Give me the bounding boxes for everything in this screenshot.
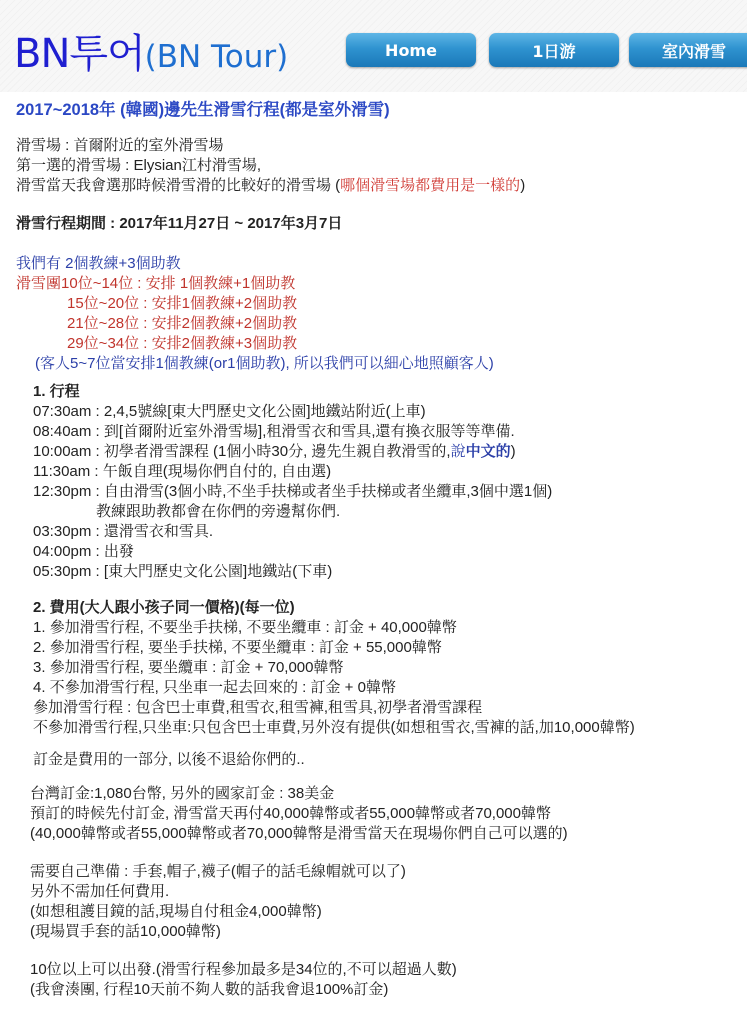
fee-item: 2. 參加滑雪行程, 要坐手扶梯, 不要坐纜車 : 訂金 + 55,000韓幣 bbox=[33, 638, 442, 658]
prepare-line: 另外不需加任何費用. bbox=[30, 882, 169, 902]
nav-day-tour-button[interactable]: 1日游 bbox=[489, 33, 619, 67]
staff-arrangement-1: 滑雪團10位~14位 : 安排 1個教練+1個助教 bbox=[16, 274, 295, 294]
intro-line-3: 滑雪當天我會選那時候滑雪滑的比較好的滑雪場 (哪個滑雪場都費用是一樣的) bbox=[16, 176, 525, 196]
staff-arrangement-4: 29位~34位 : 安排2個教練+3個助教 bbox=[67, 334, 297, 354]
staff-arrangement-2: 15位~20位 : 安排1個教練+2個助教 bbox=[67, 294, 297, 314]
schedule-item-note: 教練跟助教都會在你們的旁邊幫你們. bbox=[96, 502, 340, 522]
fees-heading: 2. 費用(大人跟小孩子同一價格)(每一位) bbox=[33, 598, 295, 618]
fee-item: 3. 參加滑雪行程, 要坐纜車 : 訂金 + 70,000韓幣 bbox=[33, 658, 344, 678]
staff-arrangement-3: 21位~28位 : 安排2個教練+2個助教 bbox=[67, 314, 297, 334]
fee-inclusion: 參加滑雪行程 : 包含巴士車費,租雪衣,租雪褲,租雪具,初學者滑雪課程 bbox=[33, 698, 482, 718]
site-header: BN투어(BN Tour) Home 1日游 室內滑雪 bbox=[0, 0, 747, 92]
schedule-close: ) bbox=[511, 443, 516, 460]
schedule-item: 12:30pm : 自由滑雪(3個小時,不坐手扶梯或者坐手扶梯或者坐纜車,3個中… bbox=[33, 482, 552, 502]
page-title: 2017~2018年 (韓國)邊先生滑雪行程(都是室外滑雪) bbox=[16, 100, 390, 120]
intro-line-2: 第一選的滑雪場 : Elysian江村滑雪場, bbox=[16, 156, 261, 176]
schedule-heading: 1. 行程 bbox=[33, 382, 80, 402]
schedule-item: 08:40am : 到[首爾附近室外滑雪場],租滑雪衣和雪具,還有換衣服等等準備… bbox=[33, 422, 515, 442]
arrangement-text: 10位~14位 : 安排 1個教練+1個助教 bbox=[61, 275, 295, 292]
minimum-line: 10位以上可以出發.(滑雪行程參加最多是34位的,不可以超過人數) bbox=[30, 960, 457, 980]
schedule-item: 05:30pm : [東大門歷史文化公園]地鐵站(下車) bbox=[33, 562, 332, 582]
fee-item: 4. 不參加滑雪行程, 只坐車一起去回來的 : 訂金 + 0韓幣 bbox=[33, 678, 396, 698]
schedule-item: 11:30am : 午飯自理(現場你們自付的, 自由選) bbox=[33, 462, 331, 482]
intro-close: ) bbox=[520, 177, 525, 194]
nav-home-button[interactable]: Home bbox=[346, 33, 476, 67]
logo-korean: BN투어 bbox=[14, 31, 145, 77]
staff-note: (客人5~7位當安排1個教練(or1個助教), 所以我們可以細心地照顧客人) bbox=[35, 354, 494, 374]
speak-label: 說 bbox=[451, 443, 466, 460]
ski-period: 滑雪行程期間 : 2017年11月27日 ~ 2017年3月7日 bbox=[16, 214, 342, 234]
schedule-item: 10:00am : 初學者滑雪課程 (1個小時30分, 邊先生親自教滑雪的,說中… bbox=[33, 442, 516, 462]
deposit-line: 台灣訂金:1,080台幣, 另外的國家訂金 : 38美金 bbox=[30, 784, 334, 804]
chinese-highlight: 中文的 bbox=[466, 443, 511, 460]
prepare-line: (現場買手套的話10,000韓幣) bbox=[30, 922, 221, 942]
staff-summary: 我們有 2個教練+3個助教 bbox=[16, 254, 181, 274]
schedule-text: 10:00am : 初學者滑雪課程 (1個小時30分, 邊先生親自教滑雪的, bbox=[33, 443, 451, 460]
same-price-note: 哪個滑雪場都費用是一樣的 bbox=[340, 177, 520, 194]
fee-inclusion: 不參加滑雪行程,只坐車:只包含巴士車費,另外沒有提供(如想租雪衣,雪褲的話,加1… bbox=[33, 718, 635, 738]
intro-line-1: 滑雪場 : 首爾附近的室外滑雪場 bbox=[16, 136, 224, 156]
schedule-item: 04:00pm : 出發 bbox=[33, 542, 134, 562]
schedule-item: 07:30am : 2,4,5號線[東大門歷史文化公園]地鐵站附近(上車) bbox=[33, 402, 426, 422]
logo-english: (BN Tour) bbox=[145, 39, 289, 75]
minimum-line: (我會湊團, 行程10天前不夠人數的話我會退100%訂金) bbox=[30, 980, 388, 1000]
fee-item: 1. 參加滑雪行程, 不要坐手扶梯, 不要坐纜車 : 訂金 + 40,000韓幣 bbox=[33, 618, 457, 638]
prepare-line: (如想租護目鏡的話,現場自付租金4,000韓幣) bbox=[30, 902, 322, 922]
site-logo[interactable]: BN투어(BN Tour) bbox=[14, 22, 288, 79]
deposit-note: 訂金是費用的一部分, 以後不退給你們的.. bbox=[33, 750, 305, 770]
deposit-line: 預訂的時候先付訂金, 滑雪當天再付40,000韓幣或者55,000韓幣或者70,… bbox=[30, 804, 551, 824]
schedule-item: 03:30pm : 還滑雪衣和雪具. bbox=[33, 522, 213, 542]
intro-text: 滑雪當天我會選那時候滑雪滑的比較好的滑雪場 ( bbox=[16, 177, 340, 194]
deposit-line: (40,000韓幣或者55,000韓幣或者70,000韓幣是滑雪當天在現場你們自… bbox=[30, 824, 568, 844]
prepare-line: 需要自己準備 : 手套,帽子,襪子(帽子的話毛線帽就可以了) bbox=[30, 862, 406, 882]
nav-indoor-ski-button[interactable]: 室內滑雪 bbox=[629, 33, 747, 67]
group-label: 滑雪團 bbox=[16, 275, 61, 292]
